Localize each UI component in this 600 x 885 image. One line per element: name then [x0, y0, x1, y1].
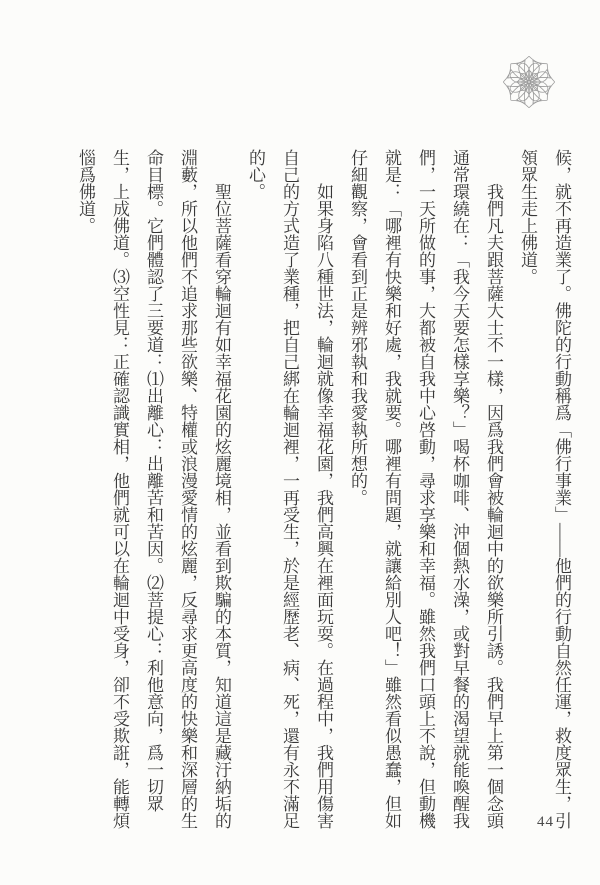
- paragraph-3: 如果身陷八種世法，輪迴就像幸福花園，我們高興在裡面玩耍。在過程中，我們用傷害自己…: [238, 149, 340, 831]
- mandala-rosette-icon: [501, 54, 557, 110]
- page-number: 44: [537, 814, 554, 831]
- body-text: 候，就不再造業了。佛陀的行動稱爲「佛行事業」——他們的行動自然任運，救度眾生，引…: [68, 149, 578, 831]
- book-page: 候，就不再造業了。佛陀的行動稱爲「佛行事業」——他們的行動自然任運，救度眾生，引…: [0, 0, 600, 885]
- paragraph-1: 候，就不再造業了。佛陀的行動稱爲「佛行事業」——他們的行動自然任運，救度眾生，引…: [510, 149, 578, 831]
- paragraph-4: 聖位菩薩看穿輪迴有如幸福花園的炫麗境相，並看到欺騙的本質，知道這是藏汙納垢的淵藪…: [68, 149, 238, 831]
- paragraph-2: 我們凡夫跟菩薩大士不一樣，因爲我們會被輪迴中的欲樂所引誘。我們早上第一個念頭通常…: [340, 149, 510, 831]
